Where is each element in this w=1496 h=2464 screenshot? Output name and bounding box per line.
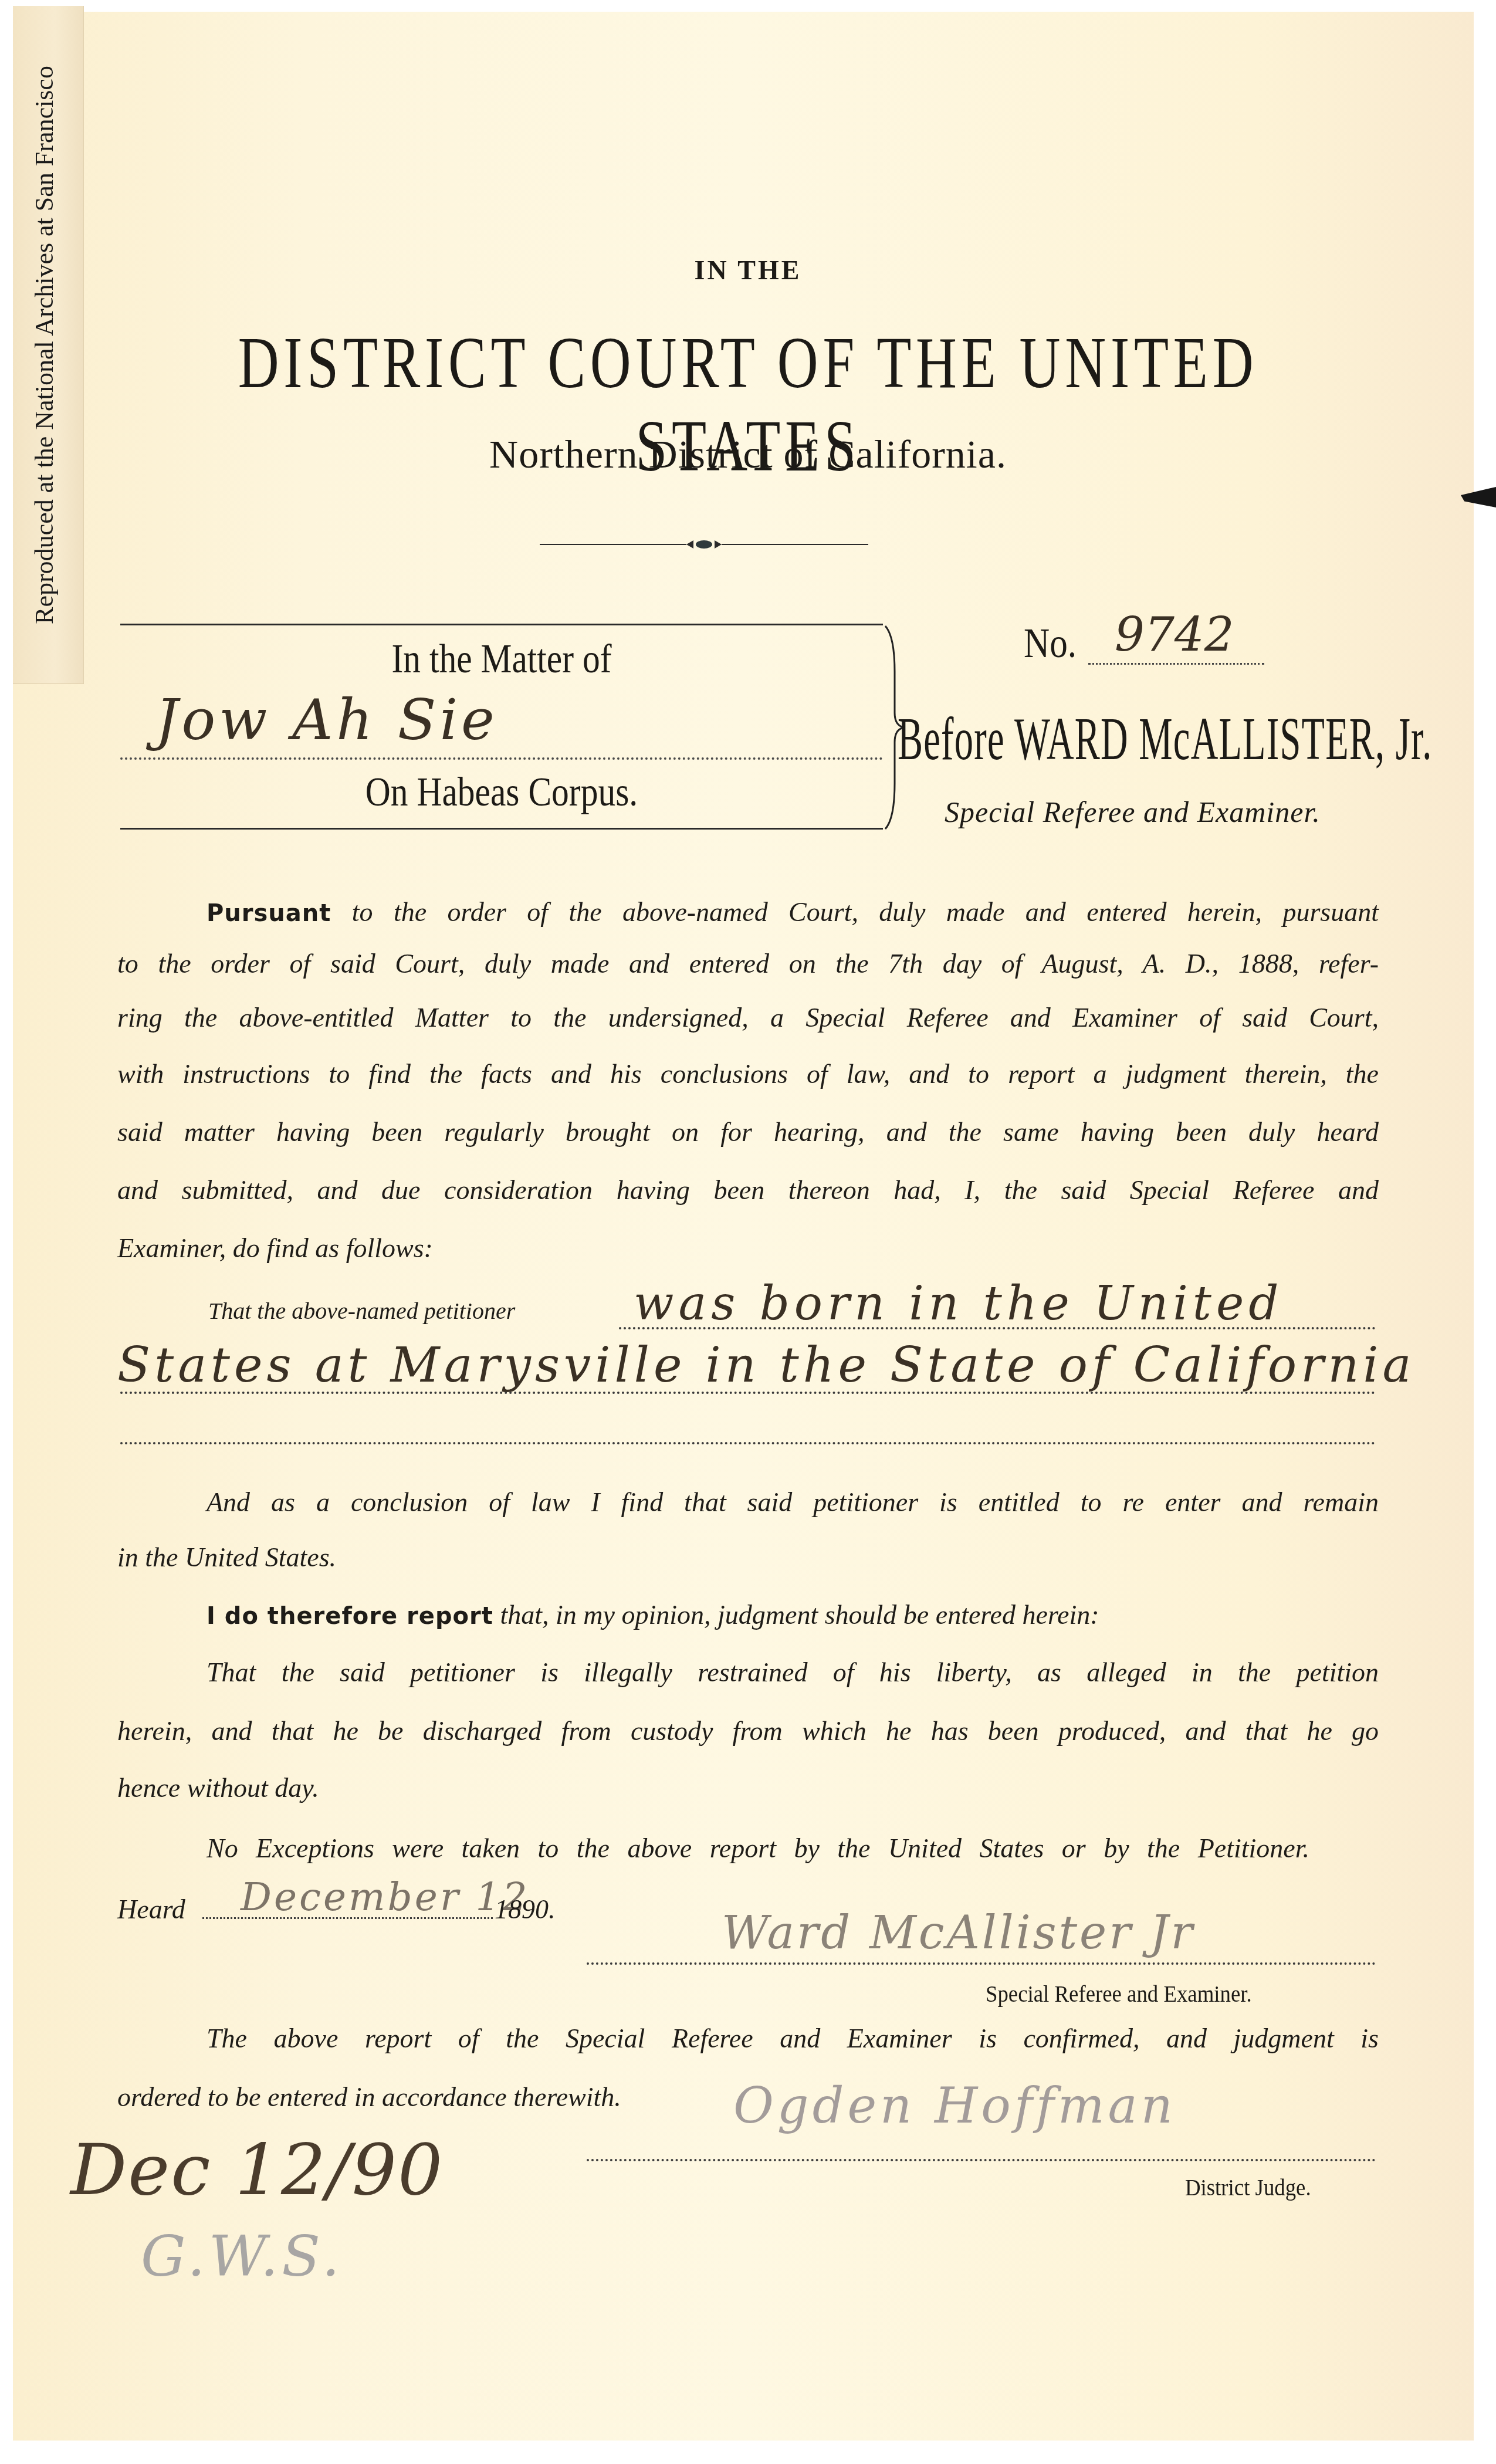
filing-date-notation: Dec 12/90 xyxy=(70,2130,444,2211)
case-number-dotted-line xyxy=(1088,663,1264,665)
finding-dotted-line-2 xyxy=(120,1392,1376,1394)
matter-label: In the Matter of xyxy=(178,636,826,683)
conclusion-line-2: in the United States. xyxy=(117,1544,1379,1571)
pencil-initials: G.W.S. xyxy=(141,2223,343,2289)
judge-signature: Ogden Hoffman xyxy=(733,2077,1176,2134)
pursuant-line-2: to the order of said Court, duly made an… xyxy=(117,950,1379,977)
heard-date-handwritten: December 12 xyxy=(241,1874,529,1920)
before-referee: Before WARD McALLISTER, Jr. xyxy=(898,704,1407,774)
finding-dotted-line-1 xyxy=(619,1327,1376,1329)
archive-stamp: Reproduced at the National Archives at S… xyxy=(29,25,59,665)
heard-year: 1890. xyxy=(495,1896,556,1923)
pursuant-line-4: with instructions to find the facts and … xyxy=(117,1061,1379,1088)
judgment-line-2: herein, and that he be discharged from c… xyxy=(117,1718,1379,1745)
report-line: I do therefore report that, in my opinio… xyxy=(207,1602,1099,1629)
finding-handwritten-1: was born in the United xyxy=(634,1276,1283,1331)
judge-signature-line xyxy=(587,2159,1376,2161)
petitioner-name-handwritten: Jow Ah Sie xyxy=(155,687,801,753)
heard-label: Heard xyxy=(117,1896,185,1923)
header-in-the: IN THE xyxy=(0,255,1496,286)
ornament-divider xyxy=(540,539,868,550)
referee-signature: Ward McAllister Jr xyxy=(722,1907,1195,1959)
referee-title: Special Referee and Examiner. xyxy=(945,795,1321,829)
confirmation-line-1: The above report of the Special Referee … xyxy=(117,2025,1379,2052)
pursuant-line-5: said matter having been regularly brough… xyxy=(117,1119,1379,1146)
judge-caption: District Judge. xyxy=(1185,2174,1311,2201)
judgment-line-3: hence without day. xyxy=(117,1775,1379,1802)
judgment-line-1: That the said petitioner is illegally re… xyxy=(117,1659,1379,1686)
district-name: Northern District of California. xyxy=(0,431,1496,478)
referee-caption: Special Referee and Examiner. xyxy=(986,1980,1252,2008)
report-lead: I do therefore report xyxy=(207,1603,493,1630)
pursuant-line-1: Pursuant to the order of the above-named… xyxy=(117,899,1379,926)
referee-signature-line xyxy=(587,1962,1376,1965)
finding-dotted-line-3 xyxy=(120,1442,1376,1444)
conclusion-line-1: And as a conclusion of law I find that s… xyxy=(117,1489,1379,1516)
case-number-label: No. xyxy=(1024,619,1077,668)
finding-label: That the above-named petitioner xyxy=(208,1299,515,1323)
proceeding-type: On Habeas Corpus. xyxy=(178,769,826,816)
pursuant-line-3: ring the above-entitled Matter to the un… xyxy=(117,1004,1379,1031)
pursuant-line-6: and submitted, and due consideration hav… xyxy=(117,1177,1379,1204)
case-number-handwritten: 9742 xyxy=(1115,607,1234,662)
pursuant-line-7: Examiner, do find as follows: xyxy=(117,1235,1379,1262)
finding-handwritten-2: States at Marysville in the State of Cal… xyxy=(117,1338,1415,1393)
heard-dotted-line xyxy=(202,1917,493,1919)
pursuant-lead: Pursuant xyxy=(207,900,331,927)
matter-caption-box: In the Matter of Jow Ah Sie On Habeas Co… xyxy=(120,624,883,830)
exceptions-statement: No Exceptions were taken to the above re… xyxy=(207,1835,1309,1862)
name-dotted-line xyxy=(120,757,883,760)
